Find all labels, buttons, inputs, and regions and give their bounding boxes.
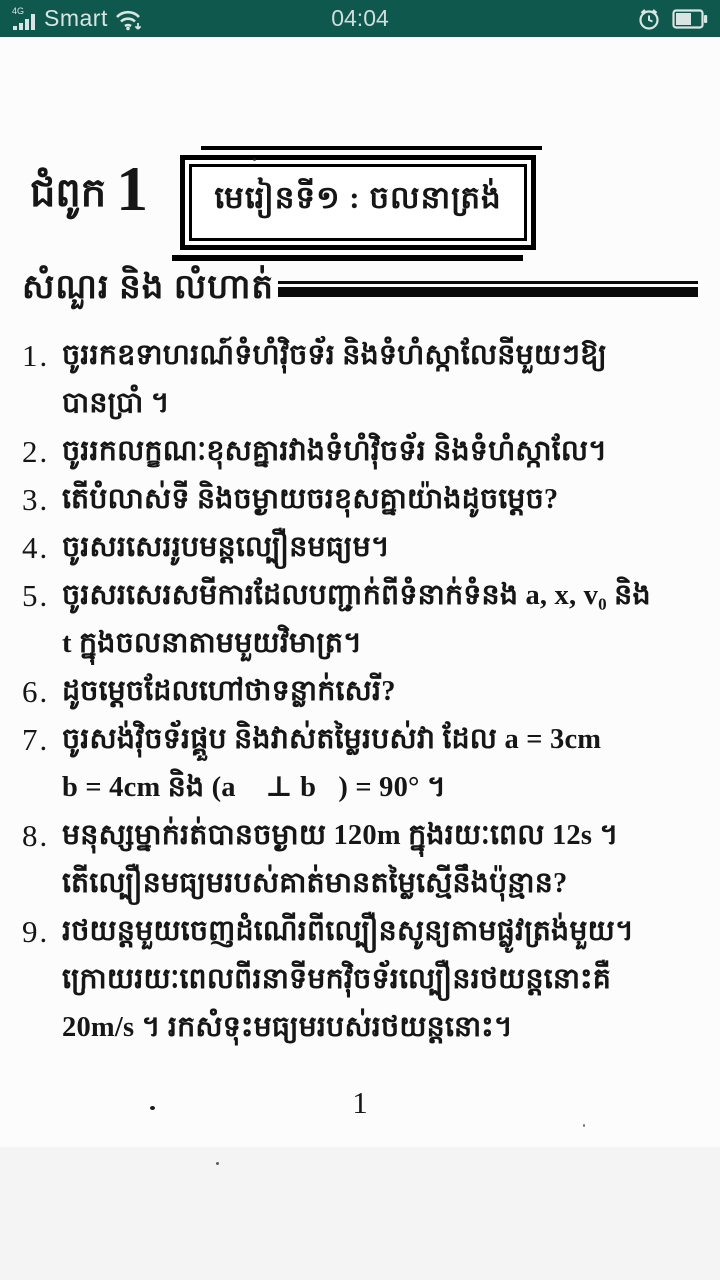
question-text: មនុស្សម្នាក់រត់បានចម្ងាយ 120m ក្នុងរយៈពេ…	[62, 812, 700, 908]
status-bar: 4G Smart 04:04	[0, 0, 720, 37]
question-8: 8. មនុស្សម្នាក់រត់បានចម្ងាយ 120m ក្នុងរយ…	[22, 812, 700, 908]
question-line: ចូររកឧទាហរណ៍ទំហំវ៉ិចទ័រ និងទំហំស្កាលែនីម…	[62, 332, 700, 380]
alarm-clock-icon	[636, 6, 662, 32]
battery-icon	[672, 8, 708, 30]
carrier-label: Smart	[44, 5, 108, 32]
question-9: 9. រថយន្តមួយចេញដំណើរពីល្បឿនសូន្យតាមផ្លូវ…	[22, 908, 700, 1052]
question-7: 7. ចូរសង់វ៉ិចទ័រផ្គួប និងវាស់តម្លៃរបស់វា…	[22, 716, 700, 812]
page-number: 1	[0, 1085, 720, 1121]
wifi-icon	[114, 5, 144, 32]
section-heading: សំណួរ និង លំហាត់	[22, 265, 698, 315]
status-bar-left: 4G Smart	[12, 5, 144, 32]
status-bar-right	[636, 6, 708, 32]
scan-speckle	[583, 1124, 585, 1127]
question-number: 8.	[22, 812, 62, 860]
question-number: 5.	[22, 572, 62, 620]
phone-screen: 4G Smart 04:04	[0, 0, 720, 1280]
question-5: 5. ចូរសរសេរសមីការដែលបញ្ជាក់ពីទំនាក់ទំនង …	[22, 572, 700, 668]
chapter-label: ជំពូក	[30, 165, 106, 221]
question-line: ចូរសរសេររូបមន្តល្បឿនមធ្យម។	[62, 524, 700, 572]
svg-text:4G: 4G	[12, 6, 24, 16]
question-2: 2. ចូររកលក្ខណៈខុសគ្នារវាងទំហំវ៉ិចទ័រ និង…	[22, 428, 700, 476]
question-number: 9.	[22, 908, 62, 956]
question-1: 1. ចូររកឧទាហរណ៍ទំហំវ៉ិចទ័រ និងទំហំស្កាលែ…	[22, 332, 700, 428]
question-number: 3.	[22, 476, 62, 524]
question-text: រថយន្តមួយចេញដំណើរពីល្បឿនសូន្យតាមផ្លូវត្រ…	[62, 908, 700, 1052]
question-4: 4. ចូរសរសេររូបមន្តល្បឿនមធ្យម។	[22, 524, 700, 572]
question-6: 6. ដូចម្ដេចដែលហៅថាទន្លាក់សេរី?	[22, 668, 700, 716]
question-number: 2.	[22, 428, 62, 476]
scan-speckle	[216, 1162, 219, 1165]
question-text: ចូររកឧទាហរណ៍ទំហំវ៉ិចទ័រ និងទំហំស្កាលែនីម…	[62, 332, 700, 428]
question-list: 1. ចូររកឧទាហរណ៍ទំហំវ៉ិចទ័រ និងទំហំស្កាលែ…	[22, 332, 700, 1052]
question-line: ចូរសង់វ៉ិចទ័រផ្គួប និងវាស់តម្លៃរបស់វា ដែ…	[62, 716, 700, 764]
lesson-title-box: មេរៀនទី១ : ចលនាត្រង់	[180, 155, 536, 250]
document-page[interactable]: ជំពូក 1 មេរៀនទី១ : ចលនាត្រង់ សំណួរ និង ល…	[0, 37, 720, 1280]
section-title: សំណួរ និង លំហាត់	[22, 265, 274, 315]
question-number: 4.	[22, 524, 62, 572]
question-line: ដូចម្ដេចដែលហៅថាទន្លាក់សេរី?	[62, 668, 700, 716]
scan-speckle	[150, 1106, 155, 1110]
chapter-number: 1	[116, 157, 148, 221]
question-line: b = 4cm និង (a⃗ ⊥ b⃗) = 90° ។	[62, 764, 700, 812]
page-bottom-margin	[0, 1147, 720, 1280]
question-line: t ក្នុងចលនាតាមមួយវិមាត្រ។	[62, 620, 700, 668]
question-line: រថយន្តមួយចេញដំណើរពីល្បឿនសូន្យតាមផ្លូវត្រ…	[62, 908, 700, 956]
signal-strength-icon: 4G	[12, 5, 38, 32]
lesson-title: មេរៀនទី១ : ចលនាត្រង់	[189, 164, 527, 241]
question-text: ចូរសរសេរសមីការដែលបញ្ជាក់ពីទំនាក់ទំនង a, …	[62, 572, 700, 668]
question-text: ចូរសរសេររូបមន្តល្បឿនមធ្យម។	[62, 524, 700, 572]
question-line: ចូររកលក្ខណៈខុសគ្នារវាងទំហំវ៉ិចទ័រ និងទំហ…	[62, 428, 700, 476]
question-line: មនុស្សម្នាក់រត់បានចម្ងាយ 120m ក្នុងរយៈពេ…	[62, 812, 700, 860]
question-text: ចូរសង់វ៉ិចទ័រផ្គួប និងវាស់តម្លៃរបស់វា ដែ…	[62, 716, 700, 812]
section-rule-divider	[278, 281, 698, 297]
question-number: 1.	[22, 332, 62, 380]
question-line: ក្រោយរយៈពេលពីរនាទីមកវ៉ិចទ័រល្បឿនរថយន្តនោ…	[62, 956, 700, 1004]
question-text: ដូចម្ដេចដែលហៅថាទន្លាក់សេរី?	[62, 668, 700, 716]
question-text: តើបំលាស់ទី និងចម្ងាយចរខុសគ្នាយ៉ាងដូចម្ដេ…	[62, 476, 700, 524]
question-line: តើល្បឿនមធ្យមរបស់គាត់មានតម្លៃស្មើនឹងប៉ុន្…	[62, 860, 700, 908]
question-line: ចូរសរសេរសមីការដែលបញ្ជាក់ពីទំនាក់ទំនង a, …	[62, 572, 700, 620]
question-number: 6.	[22, 668, 62, 716]
question-number: 7.	[22, 716, 62, 764]
question-3: 3. តើបំលាស់ទី និងចម្ងាយចរខុសគ្នាយ៉ាងដូចម…	[22, 476, 700, 524]
scan-speckle	[253, 158, 256, 161]
question-text: ចូររកលក្ខណៈខុសគ្នារវាងទំហំវ៉ិចទ័រ និងទំហ…	[62, 428, 700, 476]
question-line: តើបំលាស់ទី និងចម្ងាយចរខុសគ្នាយ៉ាងដូចម្ដេ…	[62, 476, 700, 524]
question-line: បានប្រាំ ។	[62, 380, 700, 428]
question-line: 20m/s ។ រកសំទុះមធ្យមរបស់រថយន្តនោះ។	[62, 1004, 700, 1052]
chapter-heading: ជំពូក 1	[30, 157, 148, 221]
